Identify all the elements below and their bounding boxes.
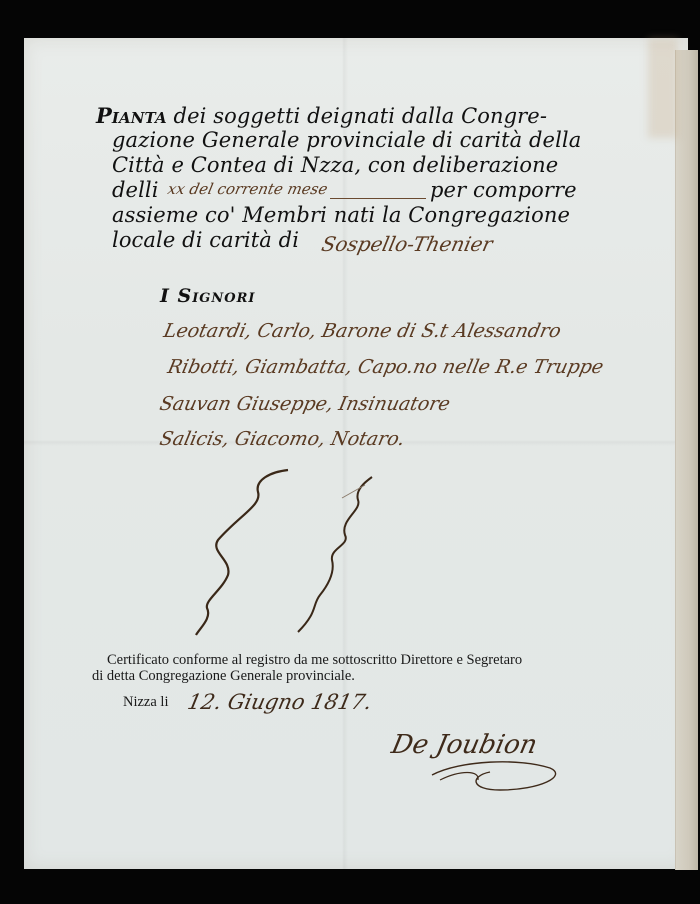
signature-flourish xyxy=(0,0,700,904)
